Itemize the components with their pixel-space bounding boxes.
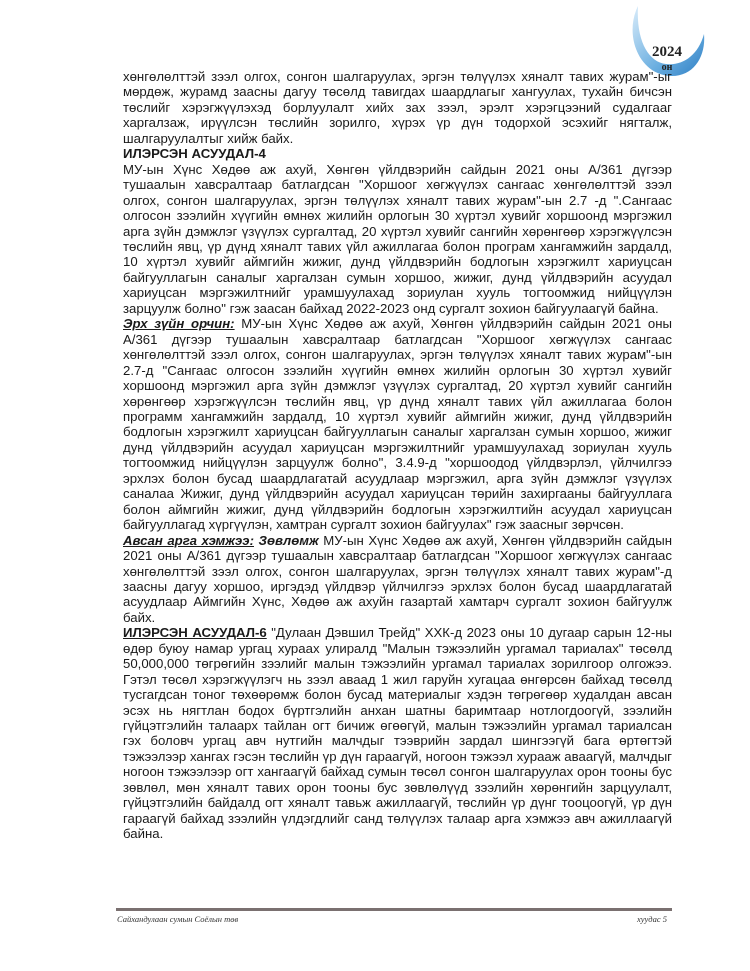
issue-4-heading: ИЛЭРСЭН АСУУДАЛ-4 <box>123 146 672 161</box>
footer-organization: Сайхандулаан сумын Соёлын төв <box>117 914 238 924</box>
measures-sublabel: Зөвлөмж <box>254 533 319 548</box>
issue-6-paragraph: ИЛЭРСЭН АСУУДАЛ-6 "Дулаан Дэвшил Трейд" … <box>123 625 672 841</box>
legal-environment-paragraph: Эрх зүйн орчин: МУ-ын Хүнс Хөдөө аж ахуй… <box>123 316 672 532</box>
legal-environment-label: Эрх зүйн орчин: <box>123 316 235 331</box>
issue-6-text: "Дулаан Дэвшил Трейд" ХХК-д 2023 оны 10 … <box>123 625 672 841</box>
issue-4-paragraph: МУ-ын Хүнс Хөдөө аж ахуй, Хөнгөн үйлдвэр… <box>123 162 672 317</box>
year-logo: 2024 он <box>628 4 706 78</box>
issue-6-heading: ИЛЭРСЭН АСУУДАЛ-6 <box>123 625 267 640</box>
measures-paragraph: Авсан арга хэмжээ: Зөвлөмж МУ-ын Хүнс Хө… <box>123 533 672 626</box>
footer-divider <box>116 908 672 911</box>
measures-label: Авсан арга хэмжээ: <box>123 533 254 548</box>
intro-paragraph: хөнгөлөлттэй зээл олгох, сонгон шалгаруу… <box>123 69 672 146</box>
document-body: хөнгөлөлттэй зээл олгох, сонгон шалгаруу… <box>123 69 672 842</box>
footer-page-number: хуудас 5 <box>637 914 667 924</box>
legal-environment-text: МУ-ын Хүнс Хөдөө аж ахуй, Хөнгөн үйлдвэр… <box>123 316 672 532</box>
logo-year: 2024 <box>628 44 706 61</box>
